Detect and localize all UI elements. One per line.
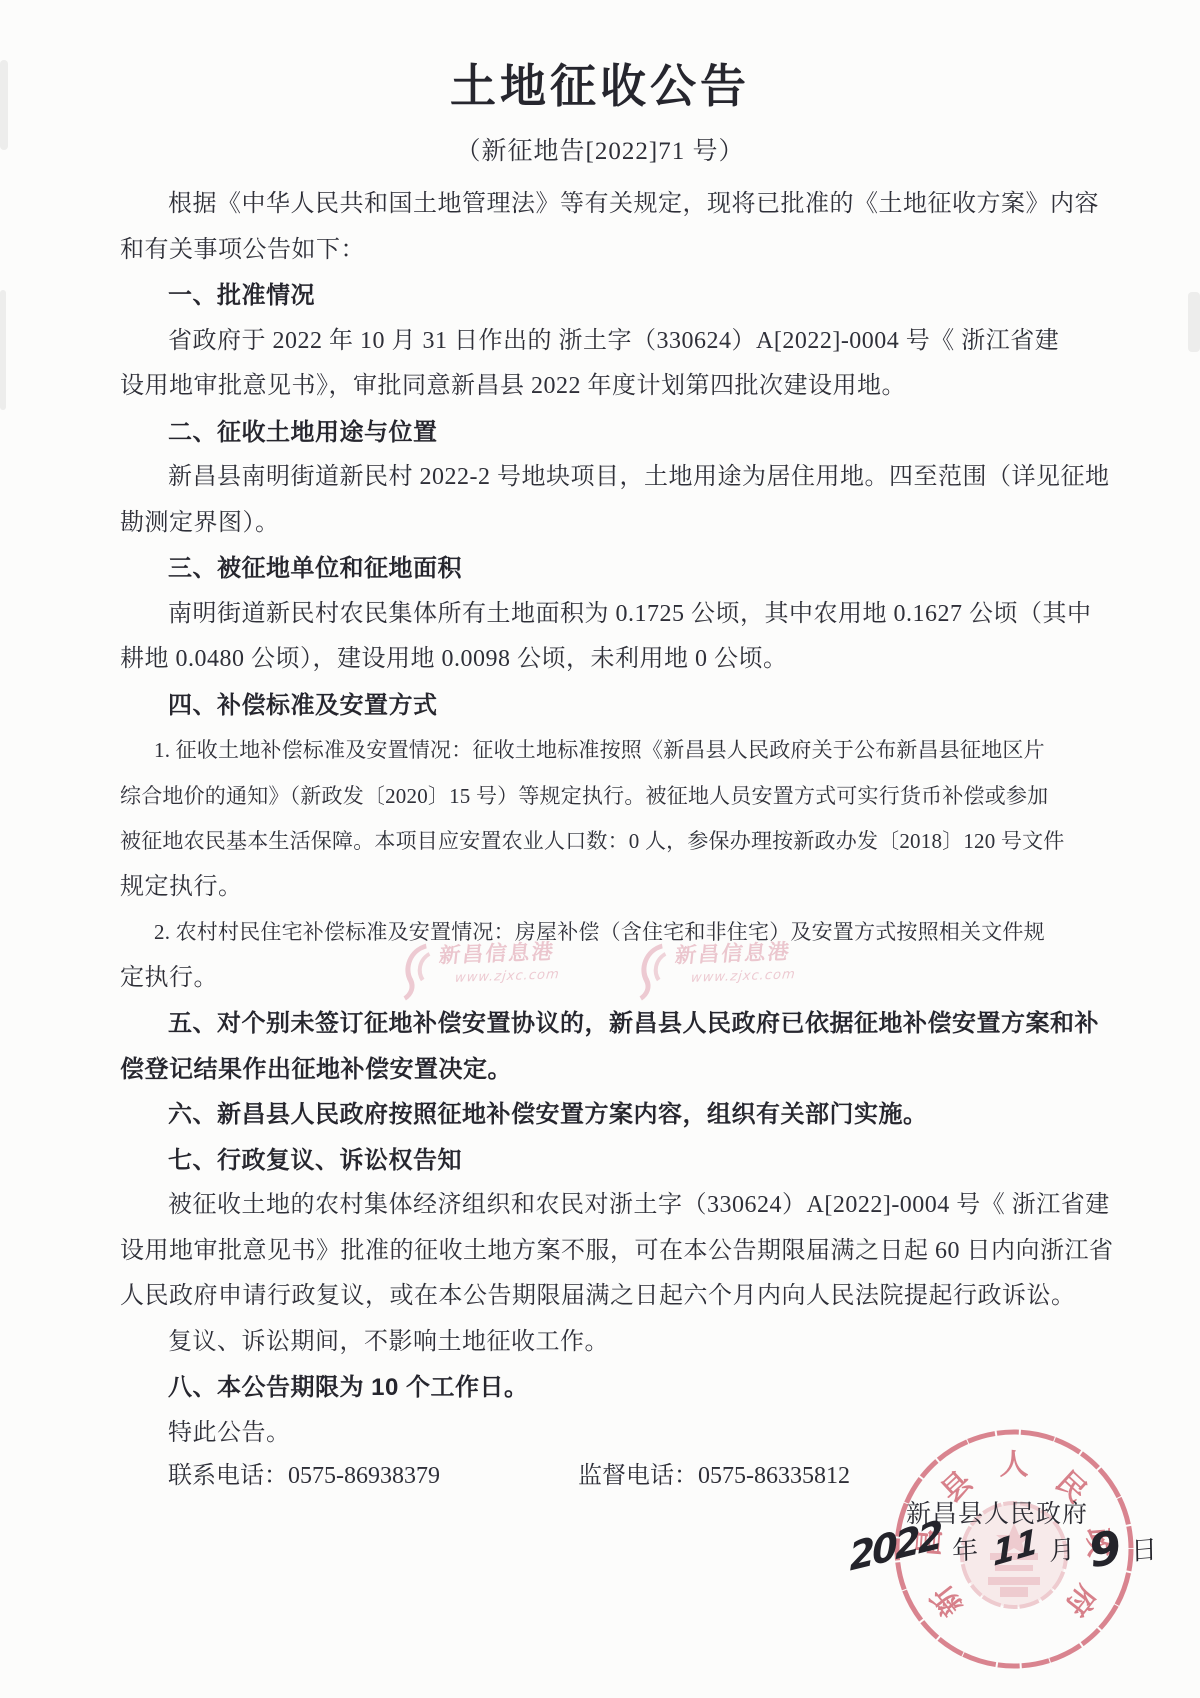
contact-row: 联系电话：0575-86938379监督电话：0575-86335812 xyxy=(168,1454,850,1499)
document-body: 根据《中华人民共和国土地管理法》等有关规定，现将已批准的《土地征收方案》内容和有… xyxy=(120,182,1092,1456)
date-year-label: 年 xyxy=(951,1529,978,1568)
text-line: 2. 农村村民住宅补偿标准及安置情况：房屋补偿（含住宅和非住宅）及安置方式按照相… xyxy=(120,910,1092,956)
text-line: 定执行。 xyxy=(120,956,1092,1002)
text-line: 三、被征地单位和征地面积 xyxy=(120,546,1092,592)
text-line: 设用地审批意见书》，审批同意新昌县 2022 年度计划第四批次建设用地。 xyxy=(120,364,1092,410)
document-title: 土地征收公告 xyxy=(0,50,1200,116)
contact-phone: 联系电话：0575-86938379 xyxy=(168,1463,440,1489)
text-line: 和有关事项公告如下： xyxy=(120,228,1092,274)
text-line: 人民政府申请行政复议，或在本公告期限届满之日起六个月内向人民法院提起行政诉讼。 xyxy=(120,1274,1092,1320)
text-line: 新昌县南明街道新民村 2022-2 号地块项目，土地用途为居住用地。四至范围（详… xyxy=(120,455,1092,501)
handwritten-date: 2022 年 11 月 9 日 xyxy=(848,1516,1157,1570)
text-line: 耕地 0.0480 公顷），建设用地 0.0098 公顷，未利用地 0 公顷。 xyxy=(120,637,1092,683)
text-line: 四、补偿标准及安置方式 xyxy=(120,683,1092,729)
text-line: 设用地审批意见书》批准的征收土地方案不服，可在本公告期限届满之日起 60 日内向… xyxy=(120,1229,1092,1275)
text-line: 根据《中华人民共和国土地管理法》等有关规定，现将已批准的《土地征收方案》内容 xyxy=(120,182,1092,228)
text-line: 八、本公告期限为 10 个工作日。 xyxy=(120,1365,1092,1411)
date-day: 9 xyxy=(1086,1520,1125,1578)
date-month-label: 月 xyxy=(1049,1529,1076,1568)
text-line: 被征收土地的农村集体经济组织和农民对浙土字（330624）A[2022]-000… xyxy=(120,1183,1092,1229)
text-line: 五、对个别未签订征地补偿安置协议的，新昌县人民政府已依据征地补偿安置方案和补 xyxy=(120,1001,1092,1047)
text-line: 六、新昌县人民政府按照征地补偿安置方案内容，组织有关部门实施。 xyxy=(120,1092,1092,1138)
text-line: 省政府于 2022 年 10 月 31 日作出的 浙土字（330624）A[20… xyxy=(120,319,1092,365)
text-line: 1. 征收土地补偿标准及安置情况：征收土地标准按照《新昌县人民政府关于公布新昌县… xyxy=(120,728,1092,774)
text-line: 一、批准情况 xyxy=(120,273,1092,319)
supervision-phone: 监督电话：0575-86335812 xyxy=(578,1463,850,1489)
text-line: 规定执行。 xyxy=(120,865,1092,911)
date-year: 2022 xyxy=(849,1512,942,1580)
date-day-label: 日 xyxy=(1131,1529,1158,1568)
text-line: 特此公告。 xyxy=(120,1411,1092,1457)
text-line: 综合地价的通知》（新政发〔2020〕15 号）等规定执行。被征地人员安置方式可实… xyxy=(120,774,1092,820)
scanned-document-page: 土地征收公告 （新征地告[2022]71 号） 根据《中华人民共和国土地管理法》… xyxy=(0,0,1200,1698)
text-line: 被征地农民基本生活保障。本项目应安置农业人口数：0 人，参保办理按新政办发〔20… xyxy=(120,819,1092,865)
text-line: 复议、诉讼期间，不影响土地征收工作。 xyxy=(120,1320,1092,1366)
date-month: 11 xyxy=(992,1521,1039,1575)
scan-smudge xyxy=(0,290,6,410)
scan-smudge xyxy=(1188,292,1200,352)
text-line: 二、征收土地用途与位置 xyxy=(120,410,1092,456)
text-line: 南明街道新民村农民集体所有土地面积为 0.1725 公顷，其中农用地 0.162… xyxy=(120,592,1092,638)
scan-smudge xyxy=(0,60,8,150)
document-number: （新征地告[2022]71 号） xyxy=(0,131,1200,167)
text-line: 偿登记结果作出征地补偿安置决定。 xyxy=(120,1047,1092,1093)
text-line: 七、行政复议、诉讼权告知 xyxy=(120,1138,1092,1184)
text-line: 勘测定界图）。 xyxy=(120,501,1092,547)
